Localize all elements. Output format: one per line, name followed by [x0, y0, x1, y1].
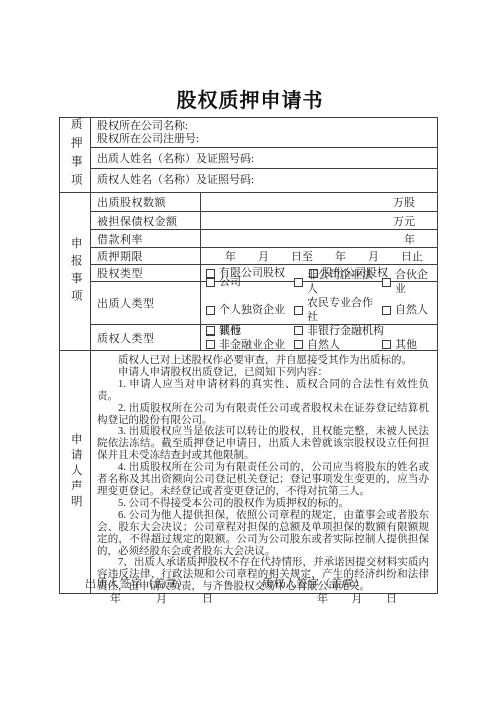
loan-interest-rate-input[interactable]: 年 — [201, 230, 437, 247]
pledgor-name-id-field[interactable]: 出质人姓名（名称）及证照号码: — [91, 147, 437, 168]
pledgee-type-option-natural-person[interactable]: 自然人 — [294, 338, 382, 352]
loan-interest-rate-row: 借款利率 年 — [91, 229, 437, 247]
declaration-text: 质权人已对上述股权作必要审查，并自愿接受其作为出质标的。 申请人申请股权出质登记… — [91, 351, 437, 593]
checkbox-icon[interactable] — [294, 278, 303, 287]
pledgor-type-option-company[interactable]: 公司 — [206, 275, 294, 289]
pledgee-name-id-label: 质权人姓名（名称）及证照号码: — [97, 171, 254, 187]
pledgor-type-option-farmer-cooperative[interactable]: 农民专业合作社 — [294, 296, 382, 324]
declaration-paragraph: 申请人申请股权出质登记，已阅知下列内容： — [97, 367, 429, 379]
checkbox-label: 合伙企业 — [395, 268, 437, 296]
pledgee-type-option-non-bank-financial[interactable]: 非银行金融机构 — [294, 324, 384, 338]
company-name-label: 股权所在公司名称: — [97, 120, 188, 133]
checkbox-icon[interactable] — [206, 278, 215, 287]
checkbox-icon[interactable] — [294, 326, 303, 335]
checkbox-icon[interactable] — [382, 306, 391, 315]
secured-debt-amount-row: 被担保债权金额 万元 — [91, 211, 437, 229]
section-pledge-items-label: 质押事项 — [69, 118, 81, 192]
secured-debt-amount-label: 被担保债权金额 — [91, 212, 201, 229]
unit-wan-yuan: 万元 — [393, 213, 415, 229]
declaration-paragraph: 4. 出质股权所在公司为有限责任公司的，公司应当将股东的姓名或者名称及其出资额向… — [97, 462, 429, 498]
declaration-paragraph: 6. 公司为他人提供担保，依照公司章程的规定，由董事会或者股东会、股东大会决议；… — [97, 510, 429, 558]
pledgee-type-row: 质权人类型 银行 非银行金融机构 — [91, 324, 437, 350]
checkbox-label: 非公司企业法人 — [307, 268, 382, 296]
pledged-equity-amount-label: 出质股权数额 — [91, 193, 201, 211]
unit-wan-shares: 万股 — [393, 194, 415, 210]
pledgee-type-option-non-financial-enterprise[interactable]: 非金融业企业 — [206, 338, 294, 352]
pledgee-signature-date-line[interactable]: 年 月 日 — [317, 590, 398, 606]
pledgor-type-option-partnership[interactable]: 合伙企业 — [382, 268, 437, 296]
company-name-regno-field[interactable]: 股权所在公司名称: 股权所在公司注册号: — [91, 118, 437, 147]
pledgor-signature-label: 出质人签字（盖章） — [85, 575, 189, 591]
pledgor-name-id-label: 出质人姓名（名称）及证照号码: — [97, 150, 254, 166]
checkbox-label: 其他 — [395, 338, 417, 352]
declaration-paragraph: 3. 出质股权应当是依法可以转让的股权，且权能完整，未被人民法院依法冻结。截至质… — [97, 426, 429, 462]
pledgee-type-label: 质权人类型 — [91, 325, 201, 350]
secured-debt-amount-input[interactable]: 万元 — [201, 212, 437, 229]
company-regno-label: 股权所在公司注册号: — [97, 133, 199, 146]
pledge-term-label: 质押期限 — [91, 248, 201, 264]
application-form-table: 质押事项 股权所在公司名称: 股权所在公司注册号: 出质人姓名（名称）及证照号码… — [59, 117, 438, 594]
section-declared-items-label: 申报事项 — [69, 237, 81, 307]
checkbox-icon[interactable] — [206, 340, 215, 349]
pledgee-type-option-other[interactable]: 其他 — [382, 338, 417, 352]
checkbox-label: 自然人 — [395, 303, 428, 317]
section-pledge-items-header: 质押事项 — [60, 118, 91, 192]
pledged-equity-amount-row: 出质股权数额 万股 — [91, 193, 437, 211]
pledgor-type-label: 出质人类型 — [91, 282, 201, 324]
section-declared-items-header: 申报事项 — [60, 193, 91, 350]
checkbox-icon[interactable] — [206, 326, 215, 335]
pledgor-type-option-natural-person[interactable]: 自然人 — [382, 303, 428, 317]
checkbox-label: 自然人 — [307, 338, 340, 352]
section-declared-items: 申报事项 出质股权数额 万股 被担保债权金额 万元 借款利率 年 — [60, 192, 437, 350]
checkbox-label: 非银行金融机构 — [307, 324, 384, 338]
section-applicant-declaration-header: 申请人声明 — [60, 351, 91, 593]
pledgor-signature-date-line[interactable]: 年 月 日 — [110, 590, 214, 606]
pledged-equity-amount-input[interactable]: 万股 — [201, 193, 437, 211]
declaration-paragraph: 质权人已对上述股权作必要审查，并自愿接受其作为出质标的。 — [97, 355, 429, 367]
checkbox-label: 个人独资企业 — [219, 303, 285, 317]
declaration-paragraph: 2. 出质股权所在公司为有限责任公司或者股权未在证券登记结算机构登记的股份有限公… — [97, 403, 429, 427]
equity-type-label: 股权类型 — [91, 265, 201, 281]
pledgor-type-row: 出质人类型 公司 非公司企业法人 合伙企业 — [91, 281, 437, 324]
pledgor-type-option-non-company-legal-person[interactable]: 非公司企业法人 — [294, 268, 382, 296]
section-applicant-declaration-label: 申请人声明 — [69, 433, 81, 511]
checkbox-icon[interactable] — [294, 306, 303, 315]
pledgee-name-id-field[interactable]: 质权人姓名（名称）及证照号码: — [91, 168, 437, 189]
pledgee-signature-label: 质权人签字（盖章） — [262, 575, 366, 591]
pledge-term-row: 质押期限 年 月 日至 年 月 日止 — [91, 247, 437, 264]
checkbox-label: 银行 — [219, 324, 241, 338]
pledge-term-input[interactable]: 年 月 日至 年 月 日止 — [201, 248, 437, 264]
pledgee-type-option-bank[interactable]: 银行 — [206, 324, 294, 338]
checkbox-label: 非金融业企业 — [219, 338, 285, 352]
checkbox-icon[interactable] — [206, 306, 215, 315]
section-applicant-declaration: 申请人声明 质权人已对上述股权作必要审查，并自愿接受其作为出质标的。 申请人申请… — [60, 350, 437, 593]
checkbox-icon[interactable] — [294, 340, 303, 349]
declaration-paragraph: 5. 公司不得接受本公司的股权作为质押权的标的。 — [97, 498, 429, 510]
section-pledge-items: 质押事项 股权所在公司名称: 股权所在公司注册号: 出质人姓名（名称）及证照号码… — [60, 118, 437, 192]
checkbox-label: 农民专业合作社 — [307, 296, 382, 324]
unit-year: 年 — [404, 231, 415, 247]
pledge-term-template: 年 月 日至 年 月 日止 — [225, 248, 423, 264]
checkbox-icon[interactable] — [382, 278, 391, 287]
checkbox-label: 公司 — [219, 275, 241, 289]
page-title: 股权质押申请书 — [0, 84, 500, 113]
declaration-paragraph: 1. 申请人应当对申请材料的真实性、质权合同的合法性有效性负责。 — [97, 379, 429, 403]
checkbox-icon[interactable] — [382, 340, 391, 349]
pledgor-type-option-sole-proprietorship[interactable]: 个人独资企业 — [206, 303, 294, 317]
loan-interest-rate-label: 借款利率 — [91, 230, 201, 247]
